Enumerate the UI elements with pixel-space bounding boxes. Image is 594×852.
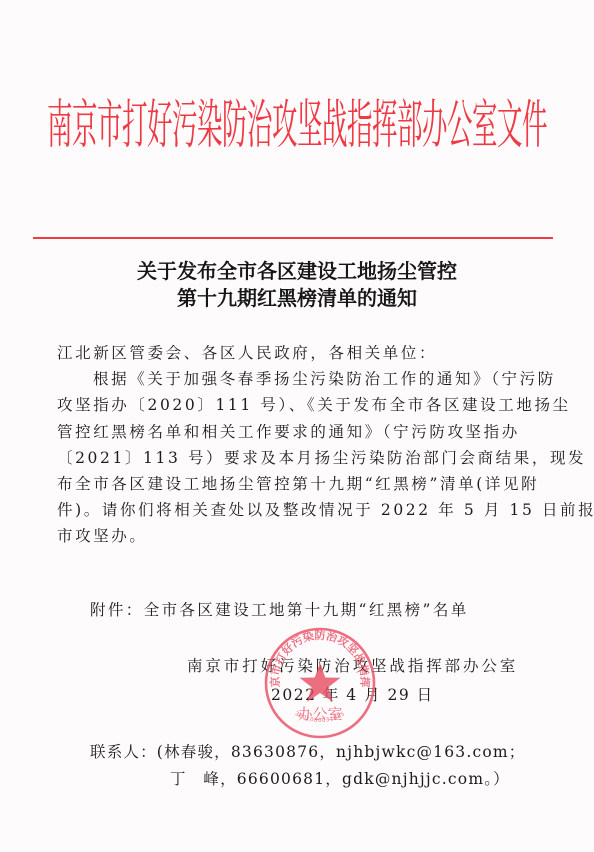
main-paragraph: 根据《关于加强冬春季扬尘污染防治工作的通知》（宁污防 攻坚指办〔2020〕111… [57, 366, 537, 549]
paragraph-line: 〔2021〕113 号）要求及本月扬尘污染防治部门会商结果，现发 [57, 445, 537, 471]
notice-title-line-1: 关于发布全市各区建设工地扬尘管控 [0, 258, 594, 285]
notice-title: 关于发布全市各区建设工地扬尘管控 第十九期红黑榜清单的通知 [0, 258, 594, 312]
notice-title-line-2: 第十九期红黑榜清单的通知 [0, 285, 594, 312]
paragraph-line: 布全市各区建设工地扬尘管控第十九期“红黑榜”清单(详见附 [57, 471, 537, 497]
paragraph-line: 根据《关于加强冬春季扬尘污染防治工作的通知》（宁污防 [57, 366, 537, 392]
document-page: 南京市打好污染防治攻坚战指挥部办公室文件 关于发布全市各区建设工地扬尘管控 第十… [0, 0, 594, 852]
issuer-title: 南京市打好污染防治攻坚战指挥部办公室文件 [47, 85, 547, 159]
seal-center-text: 办公室 [297, 705, 342, 723]
issuer-header: 南京市打好污染防治攻坚战指挥部办公室文件 [0, 82, 594, 152]
signing-date: 2022 年 4 月 29 日 [271, 683, 434, 705]
red-divider-rule [33, 237, 553, 239]
contact-line-1: 联系人：(林春骏，83630876，njhbjwkc@163.com； [90, 740, 526, 762]
attachment-note: 附件：全市各区建设工地第十九期“红黑榜”名单 [90, 598, 469, 620]
salutation: 江北新区管委会、各区人民政府，各相关单位： [57, 340, 537, 366]
seal-serial: 3201000031085 [294, 711, 347, 724]
contact-line-2: 丁 峰，66600681，gdk@njhjjc.com。） [170, 767, 510, 789]
paragraph-line: 攻坚指办〔2020〕111 号）、《关于发布全市各区建设工地扬尘 [57, 392, 537, 418]
notice-body: 江北新区管委会、各区人民政府，各相关单位： 根据《关于加强冬春季扬尘污染防治工作… [57, 340, 537, 550]
paragraph-line: 市攻坚办。 [57, 523, 537, 549]
signing-organization: 南京市打好污染防治攻坚战指挥部办公室 [187, 654, 518, 676]
paragraph-line: 管控红黑榜名单和相关工作要求的通知》（宁污防攻坚指办 [57, 419, 537, 445]
paragraph-line: 件)。请你们将相关查处以及整改情况于 2022 年 5 月 15 日前报 [57, 497, 537, 523]
svg-text:3201000031085: 3201000031085 [294, 711, 347, 724]
